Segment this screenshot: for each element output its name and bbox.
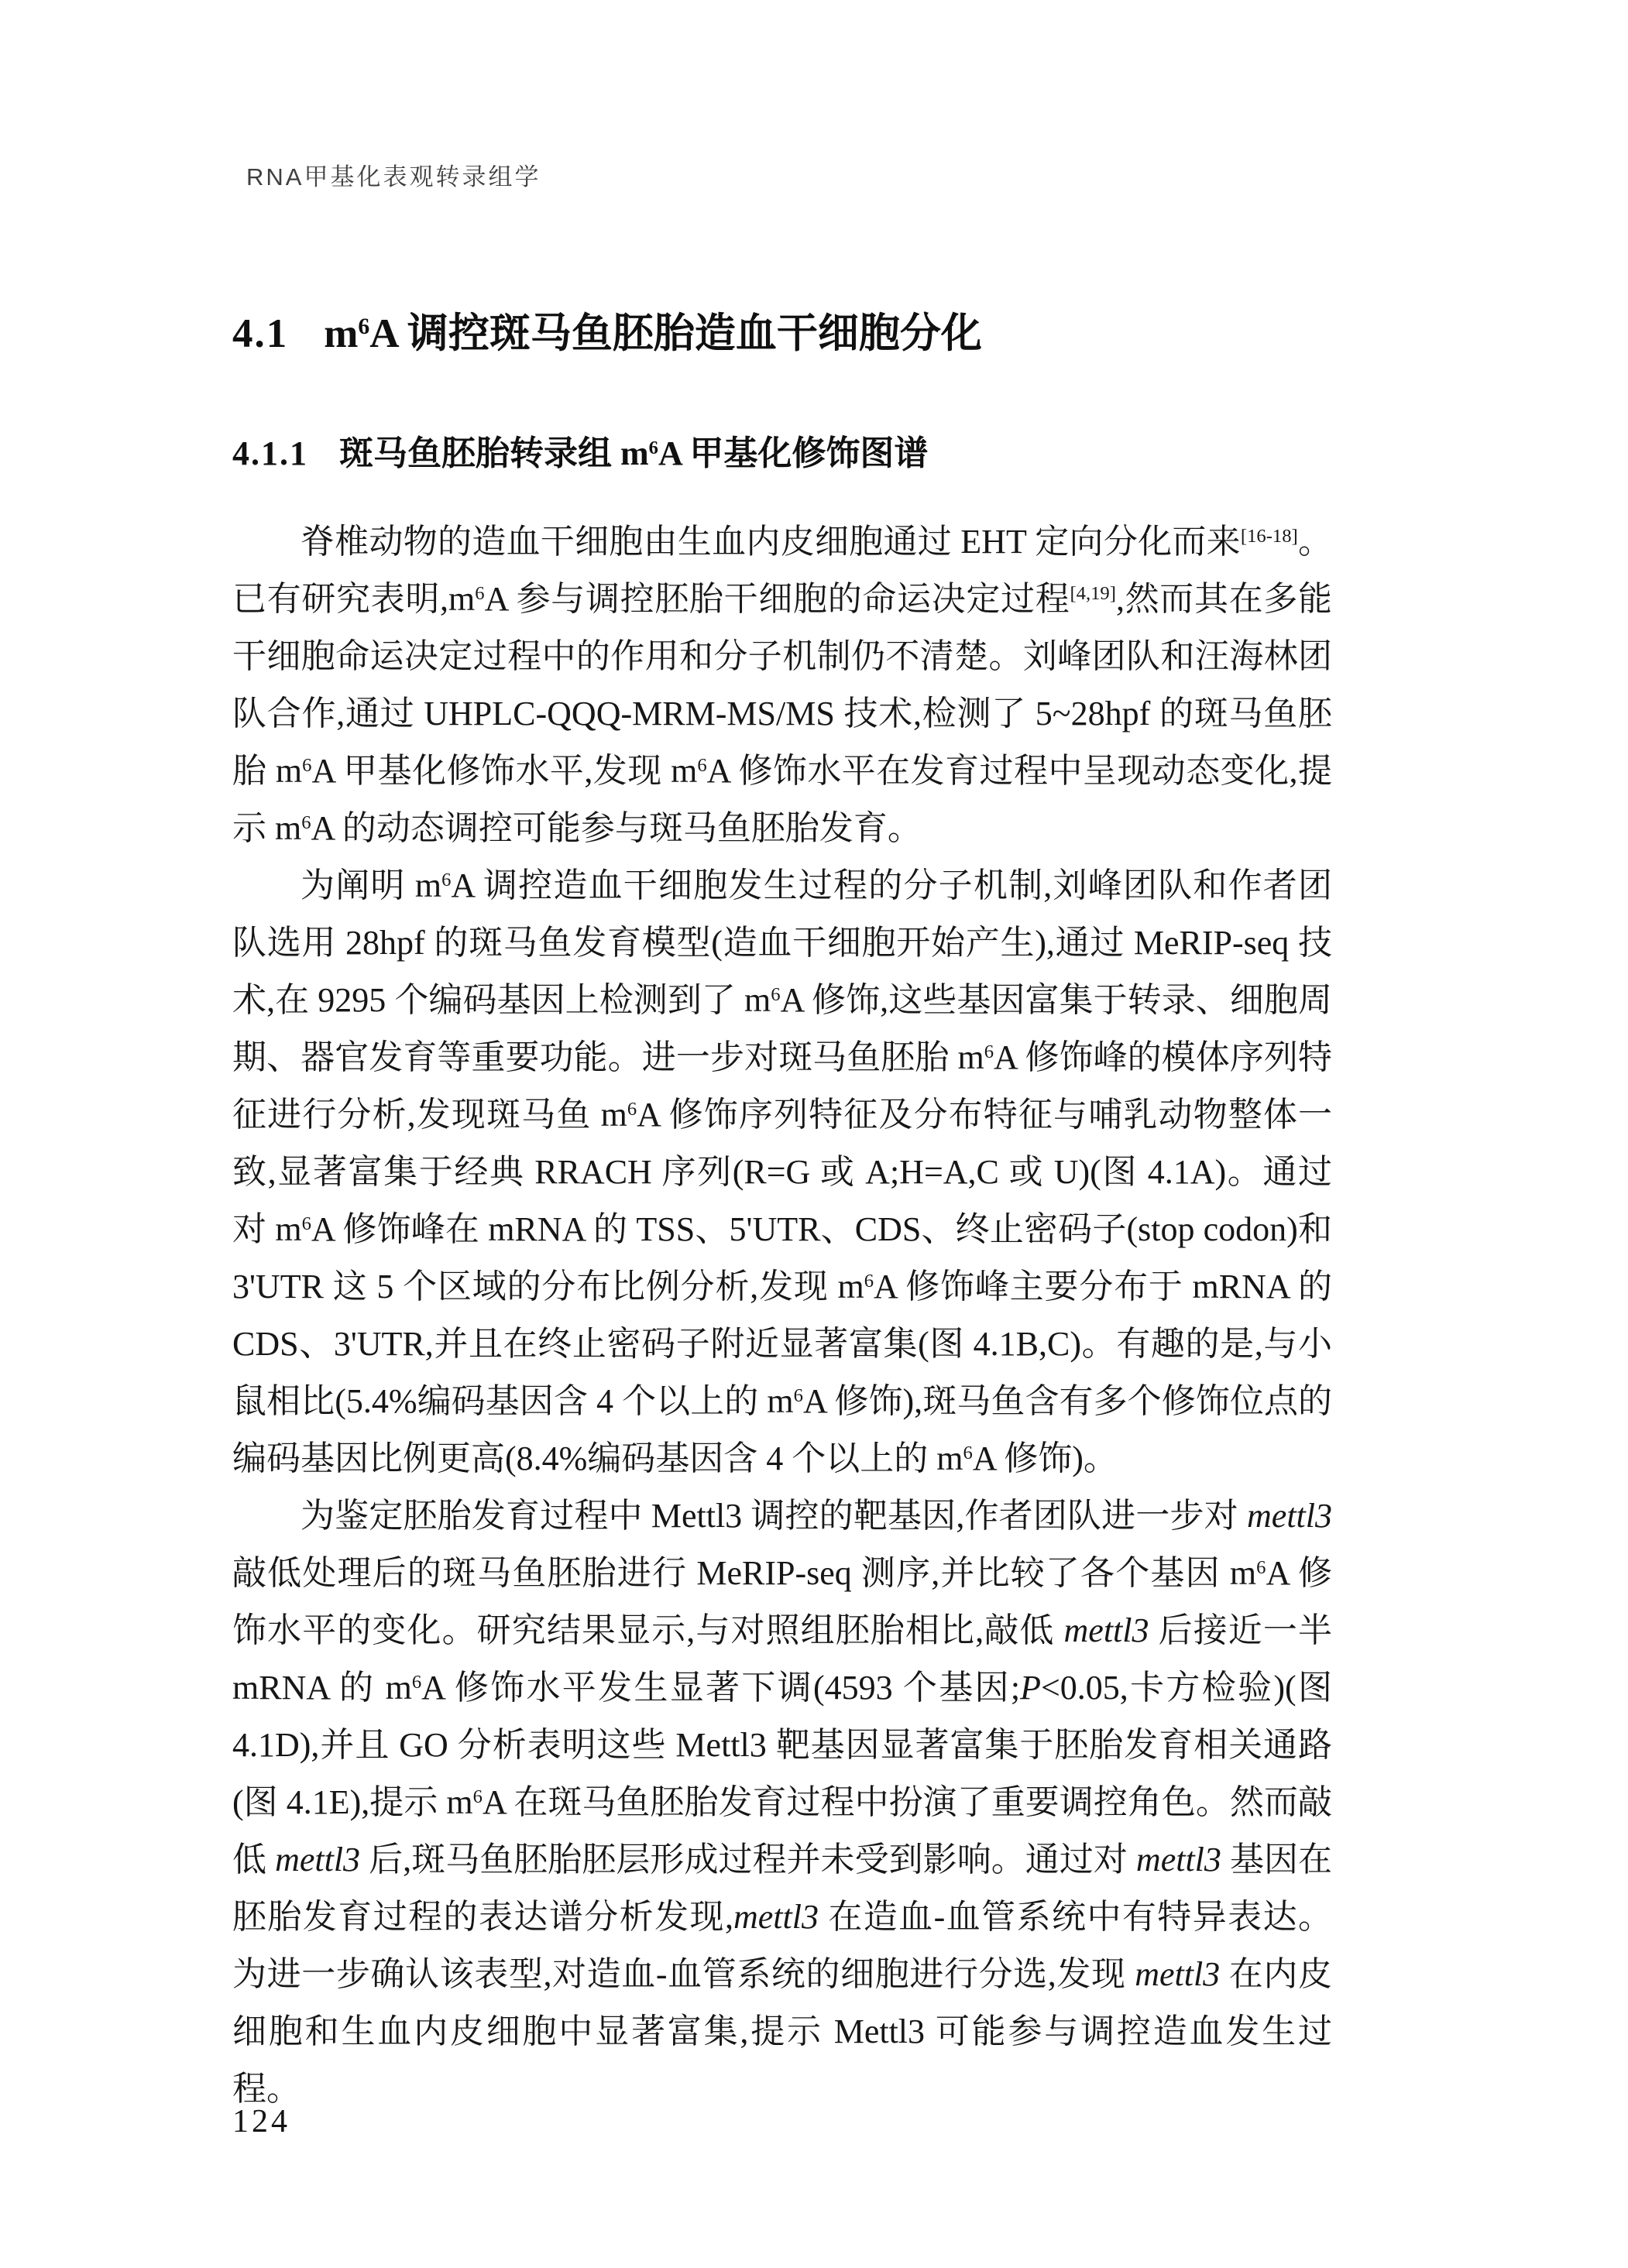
italic-text: mettl3 [1247,1497,1332,1535]
subsection-title: 4.1.1斑马鱼胚胎转录组 m6A 甲基化修饰图谱 [232,425,928,475]
text-segment: 脊椎动物的造血干细胞由生血内皮细胞通过 EHT 定向分化而来 [301,523,1241,561]
book-page: RNA甲基化表观转录组学 4.1m6A 调控斑马鱼胚胎造血干细胞分化 4.1.1… [0,0,1628,2268]
text-segment: A 修饰水平发生显著下调(4593 个基因; [421,1669,1020,1707]
text-segment: A 参与调控胚胎干细胞的命运决定过程 [485,580,1070,618]
superscript-text: 6 [794,1385,803,1406]
superscript-text: [4,19] [1070,583,1116,604]
section-number: 4.1 [232,311,288,356]
superscript-text: 6 [441,870,451,890]
text-segment: 为鉴定胚胎发育过程中 Mettl3 调控的靶基因,作者团队进一步对 [301,1497,1247,1535]
text-segment: 斑马鱼胚胎转录组 m [339,434,649,472]
italic-text: mettl3 [1135,1955,1220,1993]
italic-text: mettl3 [1064,1611,1149,1649]
superscript-text: 6 [301,812,311,833]
superscript-text: 6 [302,755,311,776]
text-segment: 为阐明 m [301,866,441,904]
subsection-number: 4.1.1 [232,434,308,472]
italic-text: mettl3 [1136,1841,1221,1879]
page-number: 124 [232,2103,290,2140]
text-segment: 后,斑马鱼胚胎胚层形成过程并未受到影响。通过对 [360,1841,1136,1879]
superscript-text: 6 [475,583,484,604]
section-title-text: m6A 调控斑马鱼胚胎造血干细胞分化 [324,311,982,356]
superscript-text: 6 [963,1443,973,1463]
superscript-text: 6 [649,437,658,458]
superscript-text: 6 [473,1786,483,1807]
text-segment: A 的动态调控可能参与斑马鱼胚胎发育。 [311,809,922,847]
paragraph-2: 为阐明 m6A 调控造血干细胞发生过程的分子机制,刘峰团队和作者团队选用 28h… [232,857,1332,1487]
superscript-text: 6 [984,1041,994,1062]
text-segment: A 甲基化修饰图谱 [658,434,928,472]
text-segment: m [324,311,358,356]
running-header: RNA甲基化表观转录组学 [246,157,541,192]
subsection-title-text: 斑马鱼胚胎转录组 m6A 甲基化修饰图谱 [339,434,928,472]
superscript-text: [16-18] [1241,526,1298,547]
superscript-text: 6 [697,755,706,776]
superscript-text: 6 [1256,1557,1266,1578]
body-text: 脊椎动物的造血干细胞由生血内皮细胞通过 EHT 定向分化而来[16-18]。已有… [232,513,1332,2118]
superscript-text: 6 [864,1271,874,1292]
text-segment: A 修饰)。 [973,1439,1118,1477]
italic-text: mettl3 [733,1898,819,1936]
superscript-text: 6 [302,1213,311,1234]
italic-text: mettl3 [275,1841,360,1879]
superscript-text: 6 [771,984,780,1005]
paragraph-1: 脊椎动物的造血干细胞由生血内皮细胞通过 EHT 定向分化而来[16-18]。已有… [232,513,1332,857]
text-segment: A 甲基化修饰水平,发现 m [311,752,697,790]
superscript-text: 6 [627,1099,637,1120]
superscript-text: 6 [412,1672,421,1693]
superscript-text: 6 [358,314,369,339]
text-segment: 敲低处理后的斑马鱼胚胎进行 MeRIP-seq 测序,并比较了各个基因 m [232,1554,1256,1592]
section-title: 4.1m6A 调控斑马鱼胚胎造血干细胞分化 [232,300,982,359]
italic-text: P [1020,1669,1041,1707]
paragraph-3: 为鉴定胚胎发育过程中 Mettl3 调控的靶基因,作者团队进一步对 mettl3… [232,1487,1332,2118]
text-segment: A 调控斑马鱼胚胎造血干细胞分化 [369,311,982,356]
